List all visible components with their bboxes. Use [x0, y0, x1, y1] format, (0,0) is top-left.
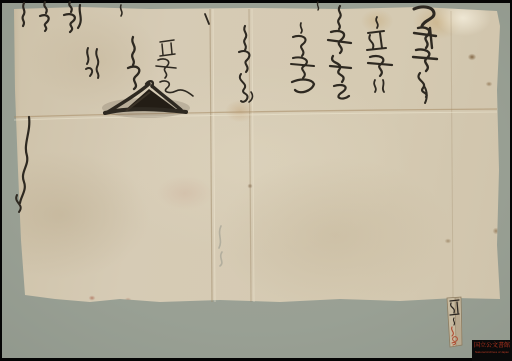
archives-watermark: 国立公文書館 National Archives of Japan	[472, 340, 512, 361]
watermark-subtext: National Archives of Japan	[474, 350, 510, 354]
archive-photo: 国立公文書館 National Archives of Japan	[0, 0, 512, 361]
watermark-text: 国立公文書館	[472, 343, 512, 350]
